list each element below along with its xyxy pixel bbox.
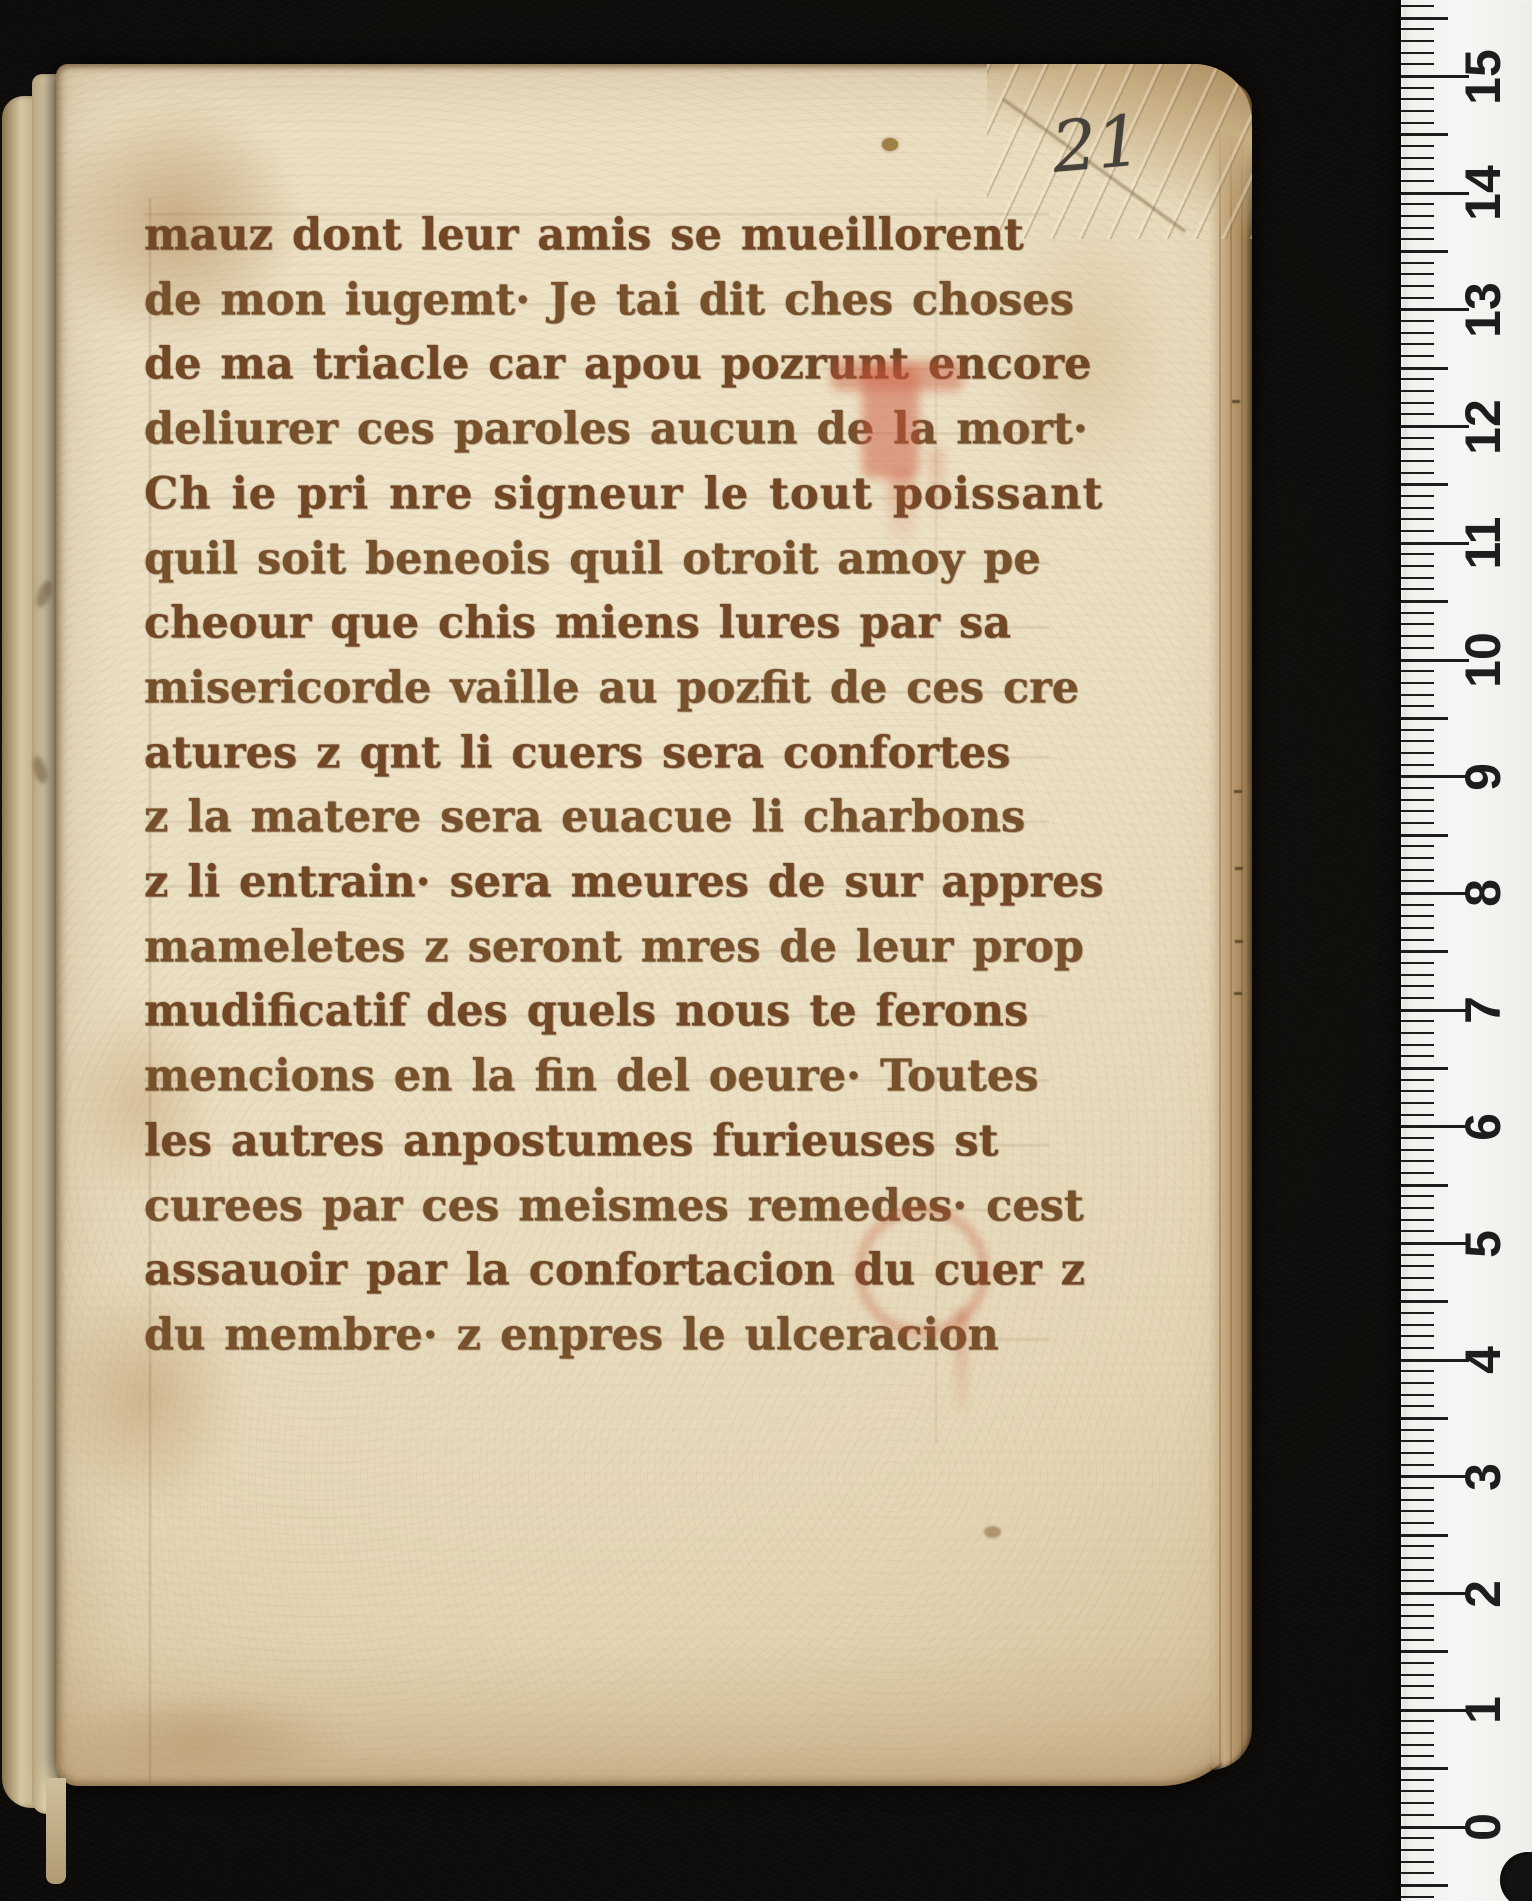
ruler-tick [1401,28,1434,30]
ruler-number: 15 [1423,17,1532,137]
rubric-paragraph-mark [826,352,1021,597]
protruding-leaf-edge [46,1778,66,1884]
manuscript-text-line: mameletes z seront mres de leur prop [144,914,1049,980]
ruler-tick [1401,52,1434,54]
rubric-mark-tail [888,470,915,552]
ruler-tick [1401,845,1434,847]
ruler-tick [1401,1580,1434,1582]
ruler-tick [1401,168,1434,170]
ruler-tick [1401,623,1434,625]
manuscript-text-line: mencions en la fin del oeure· Toutes [144,1043,1049,1109]
ruler-number: 4 [1423,1300,1532,1420]
ruler-tick [1401,1464,1434,1466]
ruler-tick [1401,1545,1434,1547]
manuscript-text-line: atures z qnt li cuers sera confortes [144,720,1049,786]
ruler-tick [1401,157,1434,159]
ruler-number: 13 [1423,250,1532,370]
parchment-shading [56,1644,1252,1786]
ruler-tick [1401,390,1434,392]
parchment-stain [56,1689,346,1789]
manuscript-text-line: z li entrain· sera meures de sur appres [144,849,1049,915]
ruler-number: 11 [1423,483,1532,603]
parchment-stain [984,1526,1001,1538]
ruler-tick [1401,507,1434,509]
ruler-tick [1401,1079,1434,1081]
ruler-tick [1401,1662,1434,1664]
ruler-tick [1401,635,1434,637]
ruler-number: 1 [1423,1650,1532,1770]
rubric-circle-tail [955,1310,968,1410]
ruler-tick [1401,413,1434,415]
ruler-tick [1401,63,1434,65]
ruler-tick [1401,740,1434,742]
ruler-number: 2 [1423,1534,1532,1654]
ruler-number: 7 [1423,950,1532,1070]
ruler-tick [1401,985,1434,987]
ruler-tick [1401,857,1434,859]
manuscript-text-line: z la matere sera euacue li charbons [144,785,1049,851]
ruler-tick [1401,1697,1434,1699]
ruler-tick [1401,729,1434,731]
ruler-tick [1401,1219,1434,1221]
manuscript-text-line: mudificatif des quels nous te ferons [144,979,1049,1045]
ruler-tick [1401,1207,1434,1209]
ruler-tick [1401,1440,1434,1442]
ruler-tick [1401,880,1434,882]
ruler-tick [1401,612,1434,614]
rubric-circle-mark [855,1205,989,1337]
ink-spot [882,138,898,151]
ruler-tick [1401,378,1434,380]
ruler-tick [1401,752,1434,754]
ruler-tick [1401,764,1434,766]
ruler-tick [1401,647,1434,649]
ruler-number: 3 [1423,1417,1532,1537]
ruler-tick [1401,1114,1434,1116]
ruler-tick [1401,1569,1434,1571]
pricking-mark [1232,400,1240,403]
ruler-tick [1401,145,1434,147]
ruler-tick [1401,495,1434,497]
ruler-tick [1401,518,1434,520]
ruler-number: 9 [1423,717,1532,837]
ruler-tick [1401,1102,1434,1104]
folio-number: 21 [1049,93,1216,189]
ruler-tick [1401,285,1434,287]
pricking-mark [1234,992,1242,995]
manuscript-text-line: mauz dont leur amis se mueillorent [144,202,1049,268]
ruler-tick [1401,297,1434,299]
ruler-tick [1401,997,1434,999]
ruler-tick [1401,1896,1434,1898]
pricking-mark [1234,790,1242,793]
ruler-tick [1401,1195,1434,1197]
ruler-tick [1401,974,1434,976]
ruler-tick [1401,402,1434,404]
ruler-tick [1401,1814,1434,1816]
ruler-tick [1401,5,1434,7]
manuscript-text-line: cheour que chis miens lures par sa [144,591,1049,657]
manuscript-text-line: de mon iugemt· Je tai dit ches choses [144,267,1049,333]
ruler-tick [1401,1674,1434,1676]
ruler-tick [1401,1429,1434,1431]
pricking-mark [1235,867,1243,870]
ruler-tick [1401,1779,1434,1781]
rubric-mark-stem [862,366,919,478]
ruler-tick [1401,1557,1434,1559]
ruler-tick [1401,1347,1434,1349]
ruler-tick [1401,1790,1434,1792]
ruler-tick [1401,40,1434,42]
ruler-tick [1401,530,1434,532]
ruler-tick [1401,1090,1434,1092]
ruler-tick [1401,273,1434,275]
ruler-tick [1401,17,1448,20]
ruler-tick [1401,262,1434,264]
ruler-tick [1401,1312,1434,1314]
ruler-tick [1401,1452,1434,1454]
ruler: 0123456789101112131415 [1401,0,1532,1901]
ruler-tick [1401,1335,1434,1337]
ruler-tick [1401,1230,1434,1232]
ruler-number: 5 [1423,1184,1532,1304]
fore-edge-leaves [1210,82,1252,1770]
rubric-mark-curl [928,446,945,520]
photo-backdrop: 21 mauz dont leur amis se mueillorent de… [0,0,1532,1901]
pricking-mark [1235,940,1243,943]
ruler-tick [1401,1324,1434,1326]
ruler-number: 6 [1423,1067,1532,1187]
ruler-number: 10 [1423,600,1532,720]
ruler-tick [1401,962,1434,964]
manuscript-text-line: misericorde vaille au pozfit de ces cre [144,655,1049,721]
manuscript-page: 21 mauz dont leur amis se mueillorent de… [56,64,1252,1786]
ruler-number: 8 [1423,833,1532,953]
manuscript-text-line: les autres anpostumes furieuses st [144,1108,1049,1174]
ruler-tick [1401,180,1434,182]
ruler-number: 12 [1423,367,1532,487]
ruler-number: 14 [1423,133,1532,253]
ruler-tick [1401,1802,1434,1804]
ruler-tick [1401,869,1434,871]
ruler-tick [1401,1685,1434,1687]
